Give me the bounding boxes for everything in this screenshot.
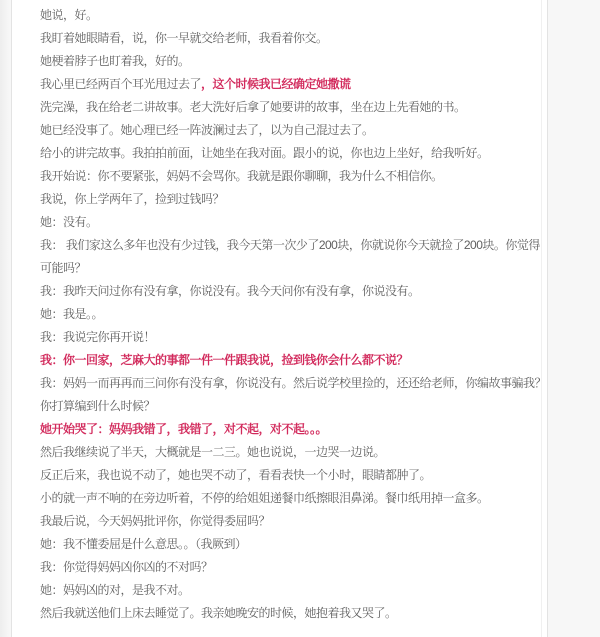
- post-paragraph: 我：妈妈一而再再而三问你有没有拿，你说没有。然后说学校里捡的，还还给老师，你编故…: [40, 372, 547, 418]
- post-paragraph: 我盯着她眼睛看，说，你一早就交给老师，我看着你交。: [40, 27, 547, 50]
- text-segment: 她：妈妈凶的对，是我不对。: [40, 583, 190, 597]
- text-segment: 她：我是。。: [40, 307, 103, 321]
- text-segment: 然后我继续说了半天，大概就是一二三。她也说说，一边哭一边说。: [40, 445, 385, 459]
- post-paragraph: 她梗着脖子也盯着我，好的。: [40, 50, 547, 73]
- post-paragraph: 然后我继续说了半天，大概就是一二三。她也说说，一边哭一边说。: [40, 441, 547, 464]
- post-paragraph: 她：没有。: [40, 211, 547, 234]
- post-paragraph: 我：我说完你再开说！: [40, 326, 547, 349]
- post-paragraph: 我：你觉得妈妈凶你凶的不对吗？: [40, 556, 547, 579]
- text-segment: 反正后来，我也说不动了，她也哭不动了，看看表快一个小时，眼睛都肿了。: [40, 468, 431, 482]
- post-paragraph: 洗完澡，我在给老二讲故事。老大洗好后拿了她要讲的故事，坐在边上先看她的书。: [40, 96, 547, 119]
- post-paragraph: 反正后来，我也说不动了，她也哭不动了，看看表快一个小时，眼睛都肿了。: [40, 464, 547, 487]
- post-paragraph: 我： 我们家这么多年也没有少过钱，我今天第一次少了200块，你就说你今天就捡了2…: [40, 234, 547, 280]
- text-segment: 她梗着脖子也盯着我，好的。: [40, 54, 190, 68]
- page-background: 她说，好。我盯着她眼睛看，说，你一早就交给老师，我看着你交。她梗着脖子也盯着我，…: [0, 0, 600, 637]
- post-paragraph: 她已经没事了。她心理已经一阵波澜过去了，以为自己混过去了。: [40, 119, 547, 142]
- post-text-body: 她说，好。我盯着她眼睛看，说，你一早就交给老师，我看着你交。她梗着脖子也盯着我，…: [12, 0, 548, 625]
- text-segment: 我：我说完你再开说！: [40, 330, 155, 344]
- emphasized-text-segment: 她开始哭了：妈妈我错了，我错了，对不起，对不起。。。: [40, 422, 327, 436]
- post-paragraph: 我开始说：你不要紧张，妈妈不会骂你。我就是跟你聊聊，我为什么不相信你。: [40, 165, 547, 188]
- post-paragraph: 给小的讲完故事。我拍拍前面，让她坐在我对面。跟小的说，你也边上坐好，给我听好。: [40, 142, 547, 165]
- post-paragraph: 她：妈妈凶的对，是我不对。: [40, 579, 547, 602]
- text-segment: 我最后说，今天妈妈批评你，你觉得委屈吗？: [40, 514, 270, 528]
- text-segment: 她已经没事了。她心理已经一阵波澜过去了，以为自己混过去了。: [40, 123, 374, 137]
- post-paragraph: 小的就一声不响的在旁边听着，不停的给姐姐递餐巾纸擦眼泪鼻涕。餐巾纸用掉一盒多。: [40, 487, 547, 510]
- text-segment: 我： 我们家这么多年也没有少过钱，我今天第一次少了200块，你就说你今天就捡了2…: [40, 238, 540, 275]
- post-content-panel: 她说，好。我盯着她眼睛看，说，你一早就交给老师，我看着你交。她梗着脖子也盯着我，…: [11, 0, 548, 637]
- emphasized-text-segment: ，这个时候我已经确定她撒谎: [201, 77, 351, 91]
- post-paragraph: 然后我就送他们上床去睡觉了。我亲她晚安的时候，她抱着我又哭了。: [40, 602, 547, 625]
- post-paragraph: 她说，好。: [40, 4, 547, 27]
- post-paragraph: 她开始哭了：妈妈我错了，我错了，对不起，对不起。。。: [40, 418, 547, 441]
- post-paragraph: 我说，你上学两年了，捡到过钱吗？: [40, 188, 547, 211]
- post-paragraph: 我：你一回家，芝麻大的事都一件一件跟我说，捡到钱你会什么都不说？: [40, 349, 547, 372]
- text-segment: 小的就一声不响的在旁边听着，不停的给姐姐递餐巾纸擦眼泪鼻涕。餐巾纸用掉一盒多。: [40, 491, 489, 505]
- text-segment: 我心里已经两百个耳光甩过去了: [40, 77, 201, 91]
- post-paragraph: 她：我不懂委屈是什么意思。。（我厥到）: [40, 533, 547, 556]
- text-segment: 她：没有。: [40, 215, 98, 229]
- text-segment: 她：我不懂委屈是什么意思。。（我厥到）: [40, 537, 247, 551]
- text-segment: 我：你觉得妈妈凶你凶的不对吗？: [40, 560, 213, 574]
- text-segment: 洗完澡，我在给老二讲故事。老大洗好后拿了她要讲的故事，坐在边上先看她的书。: [40, 100, 466, 114]
- text-segment: 我：我昨天问过你有没有拿，你说没有。我今天问你有没有拿，你说没有。: [40, 284, 420, 298]
- text-segment: 我开始说：你不要紧张，妈妈不会骂你。我就是跟你聊聊，我为什么不相信你。: [40, 169, 443, 183]
- text-segment: 然后我就送他们上床去睡觉了。我亲她晚安的时候，她抱着我又哭了。: [40, 606, 397, 620]
- post-paragraph: 我：我昨天问过你有没有拿，你说没有。我今天问你有没有拿，你说没有。: [40, 280, 547, 303]
- text-segment: 我盯着她眼睛看，说，你一早就交给老师，我看着你交。: [40, 31, 328, 45]
- text-segment: 我：妈妈一而再再而三问你有没有拿，你说没有。然后说学校里捡的，还还给老师，你编故…: [40, 376, 546, 413]
- post-paragraph: 她：我是。。: [40, 303, 547, 326]
- text-segment: 我说，你上学两年了，捡到过钱吗？: [40, 192, 224, 206]
- emphasized-text-segment: 我：你一回家，芝麻大的事都一件一件跟我说，捡到钱你会什么都不说？: [40, 353, 408, 367]
- text-segment: 她说，好。: [40, 8, 98, 22]
- post-paragraph: 我最后说，今天妈妈批评你，你觉得委屈吗？: [40, 510, 547, 533]
- post-paragraph: 我心里已经两百个耳光甩过去了，这个时候我已经确定她撒谎: [40, 73, 547, 96]
- text-segment: 给小的讲完故事。我拍拍前面，让她坐在我对面。跟小的说，你也边上坐好，给我听好。: [40, 146, 489, 160]
